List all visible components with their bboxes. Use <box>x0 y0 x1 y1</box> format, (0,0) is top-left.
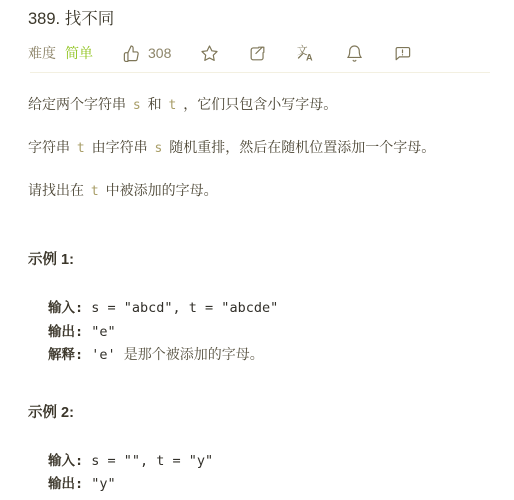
feedback-icon <box>393 44 412 63</box>
feedback-button[interactable] <box>393 44 412 63</box>
header-divider <box>30 72 490 73</box>
difficulty-badge: 简单 <box>65 43 93 63</box>
input-label: 输入: <box>48 453 83 469</box>
problem-meta-bar: 难度 简单 308 <box>28 43 490 63</box>
inline-code-t: t <box>166 98 180 113</box>
difficulty-label: 难度 <box>28 43 56 63</box>
translate-icon: 文 A <box>296 43 316 63</box>
inline-code-s: s <box>152 141 166 156</box>
inline-code-t: t <box>74 141 88 156</box>
explanation-value: 'e' <box>83 347 124 363</box>
example-2-heading: 示例 2: <box>28 404 490 422</box>
input-value: s = "", t = "y" <box>83 453 213 469</box>
output-value: "e" <box>83 324 116 340</box>
thumbs-up-icon[interactable] <box>122 44 141 63</box>
problem-statement-line-2: 字符串 t 由字符串 s 随机重排，然后在随机位置添加一个字母。 <box>28 137 490 159</box>
output-value: "y" <box>83 476 116 492</box>
problem-page: 389. 找不同 难度 简单 308 <box>0 0 514 497</box>
example-1-input-line: 输入: s = "abcd", t = "abcde" <box>48 297 490 321</box>
output-label: 输出: <box>48 476 83 492</box>
text-segment: ，它们只包含小写字母。 <box>179 96 337 112</box>
bell-icon <box>345 44 364 63</box>
text-segment: 由字符串 <box>88 139 152 155</box>
example-2-output-line: 输出: "y" <box>48 473 490 497</box>
inline-code-s: s <box>130 98 144 113</box>
problem-statement-line-1: 给定两个字符串 s 和 t ，它们只包含小写字母。 <box>28 94 490 116</box>
share-icon <box>248 44 267 63</box>
like-count: 308 <box>148 45 171 61</box>
text-segment: 请找出在 <box>28 182 88 198</box>
star-icon <box>200 44 219 63</box>
problem-title: 389. 找不同 <box>28 8 490 30</box>
output-label: 输出: <box>48 324 83 340</box>
text-segment: 给定两个字符串 <box>28 96 130 112</box>
example-1-heading: 示例 1: <box>28 251 490 269</box>
translate-button[interactable]: 文 A <box>296 43 316 63</box>
explanation-note: 是那个被添加的字母。 <box>124 348 264 363</box>
svg-text:A: A <box>306 53 313 63</box>
input-label: 输入: <box>48 300 83 316</box>
example-1-code-block: 输入: s = "abcd", t = "abcde" 输出: "e" 解释: … <box>28 297 490 368</box>
text-segment: 字符串 <box>28 139 74 155</box>
example-2-code-block: 输入: s = "", t = "y" 输出: "y" <box>28 450 490 497</box>
problem-statement-line-3: 请找出在 t 中被添加的字母。 <box>28 180 490 202</box>
example-1-explanation-line: 解释: 'e' 是那个被添加的字母。 <box>48 344 490 368</box>
difficulty: 难度 简单 <box>28 43 93 63</box>
text-segment: 和 <box>144 96 166 112</box>
explanation-label: 解释: <box>48 347 83 363</box>
text-segment: 随机重排，然后在随机位置添加一个字母。 <box>165 139 435 155</box>
share-button[interactable] <box>248 44 267 63</box>
example-2-input-line: 输入: s = "", t = "y" <box>48 450 490 474</box>
favorite-button[interactable] <box>200 44 219 63</box>
like-button[interactable]: 308 <box>122 44 171 63</box>
text-segment: 中被添加的字母。 <box>102 182 218 198</box>
inline-code-t: t <box>88 184 102 199</box>
example-1-output-line: 输出: "e" <box>48 321 490 345</box>
input-value: s = "abcd", t = "abcde" <box>83 300 278 316</box>
notifications-button[interactable] <box>345 44 364 63</box>
